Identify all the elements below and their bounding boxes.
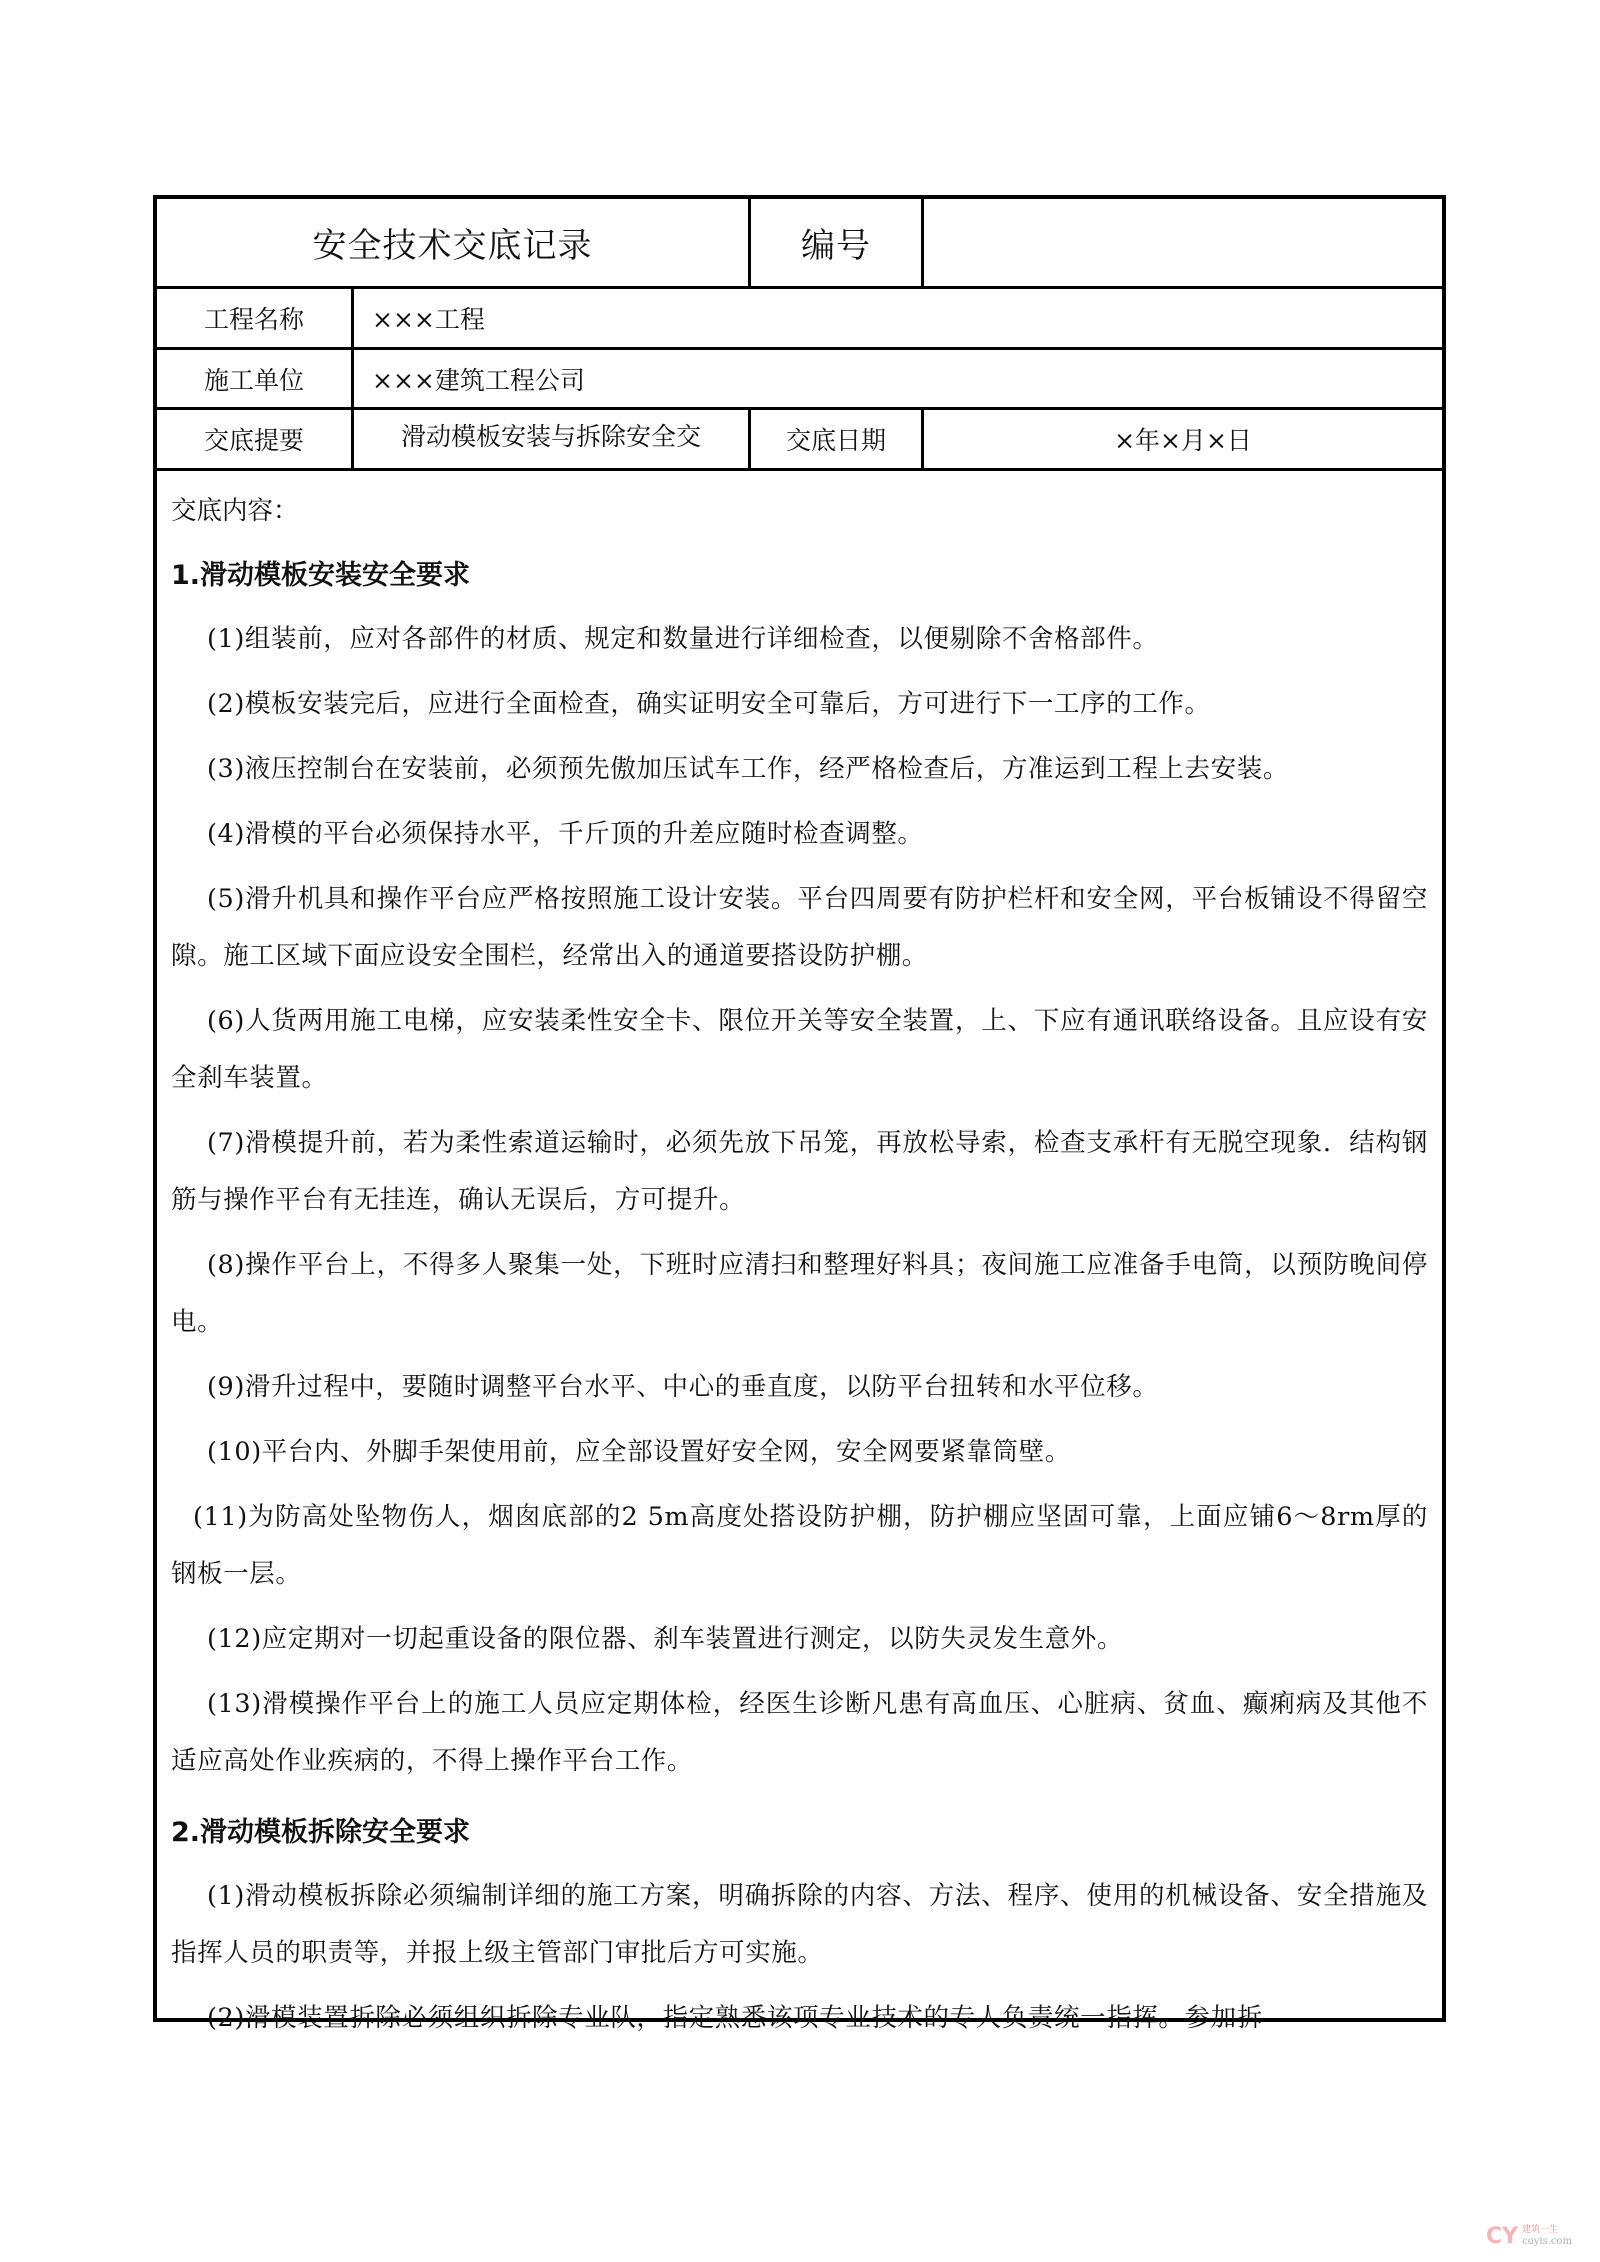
watermark-logo-icon: CY	[1486, 2226, 1518, 2248]
list-item: (1)滑动模板拆除必须编制详细的施工方案，明确拆除的内容、方法、程序、使用的机械…	[171, 1868, 1428, 1982]
number-label: 编号	[751, 199, 921, 286]
list-item: (7)滑模提升前，若为柔性索道运输时，必须先放下吊笼，再放松导索，检查支承杆有无…	[171, 1115, 1428, 1229]
watermark-cn: 建筑一生	[1522, 2224, 1572, 2236]
list-item: (11)为防高处坠物伤人，烟囱底部的2 5m高度处搭设防护棚，防护棚应坚固可靠，…	[171, 1489, 1428, 1603]
number-field[interactable]	[924, 199, 1442, 286]
list-item: (12)应定期对一切起重设备的限位器、刹车装置进行测定，以防失灵发生意外。	[171, 1611, 1428, 1668]
row-divider	[157, 468, 1442, 471]
list-item: (13)滑模操作平台上的施工人员应定期体检，经医生诊断凡患有高血压、心脏病、贫血…	[171, 1676, 1428, 1790]
list-item: (2)模板安装完后，应进行全面检查，确实证明安全可靠后，方可进行下一工序的工作。	[171, 676, 1428, 733]
list-item: (6)人货两用施工电梯，应安装柔性安全卡、限位开关等安全装置，上、下应有通讯联络…	[171, 993, 1428, 1107]
watermark-text: 建筑一生 coyis.com	[1522, 2224, 1572, 2248]
document-title: 安全技术交底记录	[157, 199, 748, 286]
list-item: (4)滑模的平台必须保持水平，千斤顶的升差应随时检查调整。	[171, 806, 1428, 863]
safety-briefing-record-table: 安全技术交底记录 编号 工程名称 ×××工程 施工单位 ×××建筑工程公司 交底…	[153, 195, 1446, 2022]
summary-label: 交底提要	[157, 410, 351, 468]
list-item: (5)滑升机具和操作平台应严格按照施工设计安装。平台四周要有防护栏杆和安全网，平…	[171, 871, 1428, 985]
list-item: (3)液压控制台在安装前，必须预先傲加压试车工作，经严格检查后，方准运到工程上去…	[171, 741, 1428, 798]
date-label: 交底日期	[751, 410, 921, 468]
section-heading-removal: 2.滑动模板拆除安全要求	[171, 1798, 1428, 1868]
watermark-url: coyis.com	[1522, 2236, 1572, 2248]
content-label: 交底内容：	[171, 483, 1428, 541]
summary-value[interactable]: 滑动模板安装与拆除安全交	[354, 406, 748, 464]
contractor-label: 施工单位	[157, 350, 351, 407]
project-name-value[interactable]: ×××工程	[354, 289, 1442, 347]
site-watermark: CY 建筑一生 coyis.com	[1486, 2224, 1572, 2248]
list-item: (9)滑升过程中，要随时调整平台水平、中心的垂直度，以防平台扭转和水平位移。	[171, 1359, 1428, 1416]
briefing-content: 交底内容： 1.滑动模板安装安全要求 (1)组装前，应对各部件的材质、规定和数量…	[171, 477, 1428, 2055]
list-item: (2)滑模装置拆除必须组织拆除专业队，指定熟悉该项专业技术的专人负责统一指挥。参…	[171, 1990, 1428, 2047]
date-value[interactable]: ×年×月×日	[924, 410, 1442, 468]
list-item: (1)组装前，应对各部件的材质、规定和数量进行详细检查，以便剔除不舍格部件。	[171, 611, 1428, 668]
list-item: (8)操作平台上，不得多人聚集一处，下班时应清扫和整理好料具；夜间施工应准备手电…	[171, 1237, 1428, 1351]
project-name-label: 工程名称	[157, 289, 351, 347]
list-item: (10)平台内、外脚手架使用前，应全部设置好安全网，安全网要紧靠筒壁。	[171, 1424, 1428, 1481]
section-heading-installation: 1.滑动模板安装安全要求	[171, 541, 1428, 611]
contractor-value[interactable]: ×××建筑工程公司	[354, 350, 1442, 407]
